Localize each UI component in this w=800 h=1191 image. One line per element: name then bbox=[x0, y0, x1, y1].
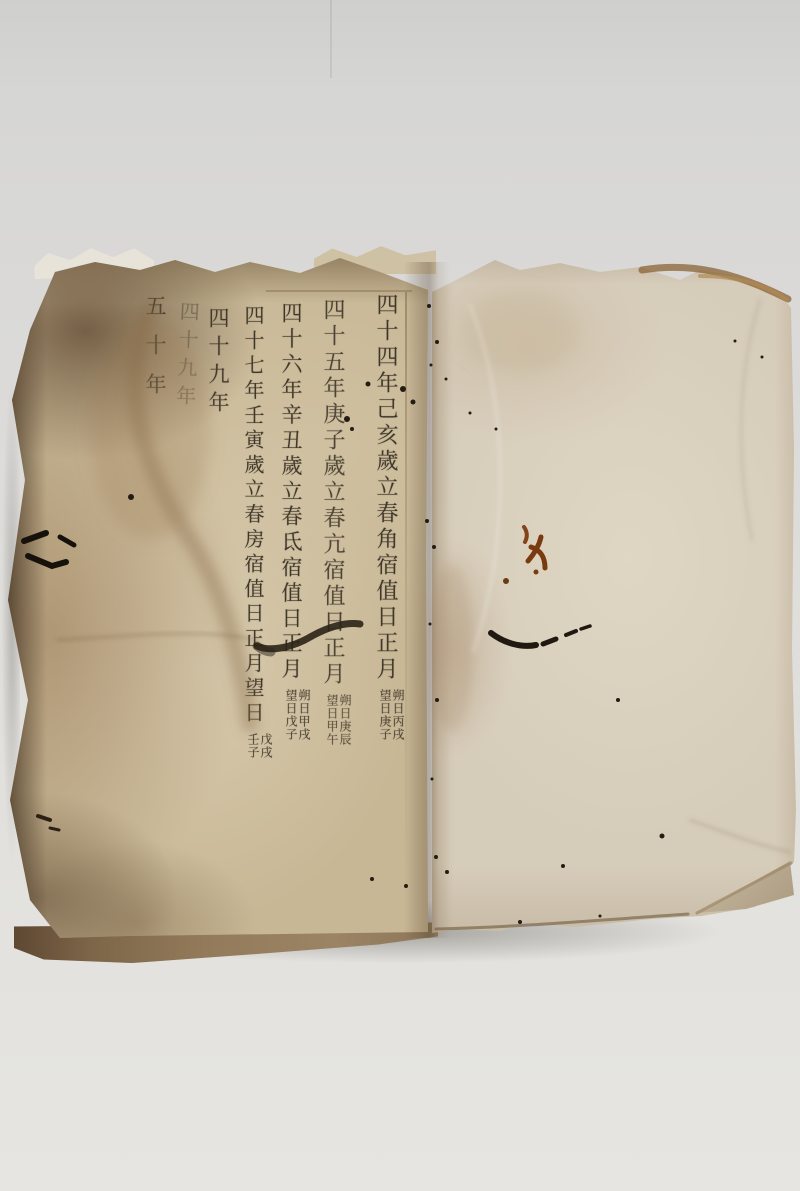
wall-seam-line bbox=[330, 0, 332, 78]
manuscript-column-year47: 四十七年壬寅歲立春房宿值日正月望日戊戌壬子 bbox=[240, 305, 272, 825]
manuscript-column-year49: 四十九年 bbox=[204, 307, 232, 527]
column-main-text: 四十九年 bbox=[172, 301, 201, 414]
photo-of-open-manuscript: 四十四年己亥歲立春角宿值日正月朔日丙戌望日庚子 四十五年庚子歲立春亢宿值日正月朔… bbox=[0, 0, 800, 1191]
annotation-new-moon: 朔日甲戌 bbox=[297, 689, 310, 741]
column-main-text: 四十六年辛丑歲立春氐宿值日正月 bbox=[279, 302, 303, 683]
book-spine-gutter bbox=[404, 262, 450, 938]
ruled-frame-horizontal-line bbox=[266, 290, 412, 292]
manuscript-column-year45: 四十五年庚子歲立春亢宿值日正月朔日庚辰望日甲午 bbox=[317, 298, 351, 778]
annotation-full-moon: 望日甲午 bbox=[325, 694, 338, 746]
column-annotation: 戊戌壬子 bbox=[246, 733, 272, 759]
annotation-new-moon: 朔日庚辰 bbox=[338, 694, 351, 746]
column-main-text: 四十七年壬寅歲立春房宿值日正月望日 bbox=[241, 305, 265, 727]
manuscript-column-year46: 四十六年辛丑歲立春氐宿值日正月朔日甲戌望日戊子 bbox=[277, 302, 310, 782]
column-annotation: 朔日丙戌望日庚子 bbox=[378, 689, 404, 741]
column-annotation: 朔日甲戌望日戊子 bbox=[284, 689, 310, 741]
column-main-text: 四十九年 bbox=[206, 307, 230, 419]
manuscript-column-year50: 五十年 bbox=[141, 295, 169, 515]
column-main-text: 四十四年己亥歲立春角宿值日正月 bbox=[373, 293, 398, 683]
annotation-new-moon: 朔日丙戌 bbox=[391, 689, 404, 741]
right-page-blank bbox=[425, 250, 797, 934]
annotation-full-moon: 望日戊子 bbox=[284, 689, 297, 741]
annotation-full-moon: 壬子 bbox=[246, 733, 259, 759]
column-main-text: 四十五年庚子歲立春亢宿值日正月 bbox=[320, 298, 345, 688]
ruled-frame-vertical-line bbox=[405, 292, 407, 872]
manuscript-column-year44: 四十四年己亥歲立春角宿值日正月朔日丙戌望日庚子 bbox=[370, 293, 404, 773]
annotation-full-moon: 望日庚子 bbox=[378, 689, 391, 741]
column-main-text: 五十年 bbox=[143, 295, 167, 412]
annotation-new-moon: 戊戌 bbox=[259, 733, 272, 759]
column-annotation: 朔日庚辰望日甲午 bbox=[325, 694, 351, 746]
